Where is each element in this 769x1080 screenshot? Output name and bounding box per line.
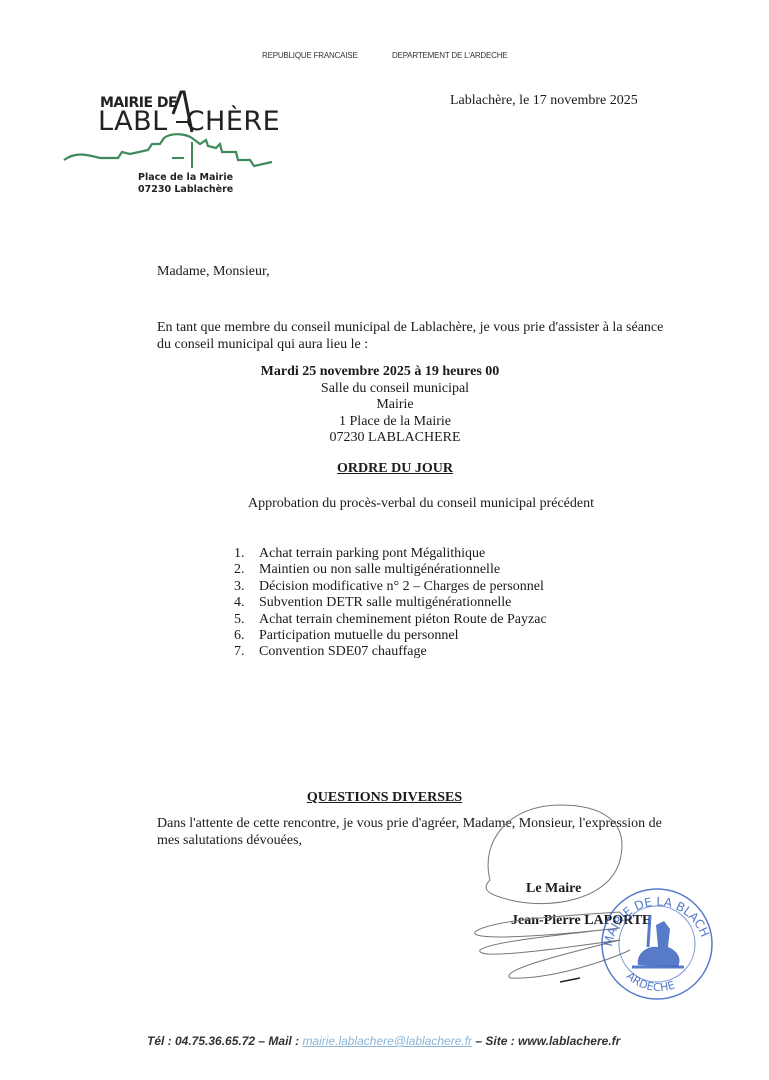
agenda-item-text: Maintien ou non salle multigénérationnel…	[259, 562, 500, 577]
meeting-city: 07230 LABLACHERE	[0, 429, 769, 447]
agenda-item: 5.Achat terrain cheminement piéton Route…	[234, 612, 547, 628]
skyline-icon	[60, 88, 290, 178]
footer-tel: Tél : 04.75.36.65.72 – Mail :	[147, 1034, 299, 1048]
mairie-logo: MAIRIE DE LABLCHÈRE Place de la Mairie 0…	[60, 88, 290, 198]
agenda-item-text: Achat terrain parking pont Mégalithique	[259, 546, 485, 561]
agenda-item-number: 1.	[234, 546, 259, 562]
republic-header: REPUBLIQUE FRANCAISE	[262, 51, 358, 60]
salutation: Madame, Monsieur,	[157, 263, 270, 281]
date-line: Lablachère, le 17 novembre 2025	[450, 92, 638, 110]
agenda-item: 3.Décision modificative n° 2 – Charges d…	[234, 579, 547, 595]
logo-address-line2: 07230 Lablachère	[138, 184, 233, 196]
footer-site[interactable]: – Site : www.lablachere.fr	[475, 1034, 620, 1048]
footer-contact: Tél : 04.75.36.65.72 – Mail : mairie.lab…	[147, 1034, 620, 1048]
closing-line2: mes salutations dévouées,	[157, 832, 302, 850]
footer-email-link[interactable]: mairie.lablachere@lablachere.fr	[302, 1034, 472, 1048]
agenda-item: 7.Convention SDE07 chauffage	[234, 644, 547, 660]
agenda-item-text: Convention SDE07 chauffage	[259, 644, 427, 659]
agenda-item: 4.Subvention DETR salle multigénérationn…	[234, 595, 547, 611]
agenda-item-text: Participation mutuelle du personnel	[259, 628, 458, 643]
agenda-item-number: 5.	[234, 612, 259, 628]
meeting-datetime: Mardi 25 novembre 2025 à 19 heures 00	[0, 363, 760, 381]
official-stamp-icon: MAIRIE DE LA BLACHERE ARDECHE	[598, 885, 716, 1003]
intro-line2: du conseil municipal qui aura lieu le :	[157, 336, 368, 354]
agenda-list: 1.Achat terrain parking pont Mégalithiqu…	[234, 546, 547, 661]
agenda-item-text: Décision modificative n° 2 – Charges de …	[259, 579, 544, 594]
department-header: DEPARTEMENT DE L'ARDECHE	[392, 51, 507, 60]
agenda-item-number: 6.	[234, 628, 259, 644]
agenda-title: ORDRE DU JOUR	[0, 460, 769, 478]
logo-address-line1: Place de la Mairie	[138, 172, 233, 184]
intro-line1: En tant que membre du conseil municipal …	[157, 319, 663, 337]
agenda-item: 1.Achat terrain parking pont Mégalithiqu…	[234, 546, 547, 562]
agenda-item-text: Achat terrain cheminement piéton Route d…	[259, 612, 547, 627]
svg-text:ARDECHE: ARDECHE	[624, 970, 677, 995]
agenda-item-number: 7.	[234, 644, 259, 660]
agenda-preamble: Approbation du procès-verbal du conseil …	[248, 495, 594, 513]
agenda-item-number: 2.	[234, 562, 259, 578]
agenda-item-number: 3.	[234, 579, 259, 595]
agenda-item: 2.Maintien ou non salle multigénérationn…	[234, 562, 547, 578]
agenda-item-number: 4.	[234, 595, 259, 611]
agenda-item-text: Subvention DETR salle multigénérationnel…	[259, 595, 511, 610]
meeting-building: Mairie	[0, 396, 769, 414]
agenda-item: 6.Participation mutuelle du personnel	[234, 628, 547, 644]
